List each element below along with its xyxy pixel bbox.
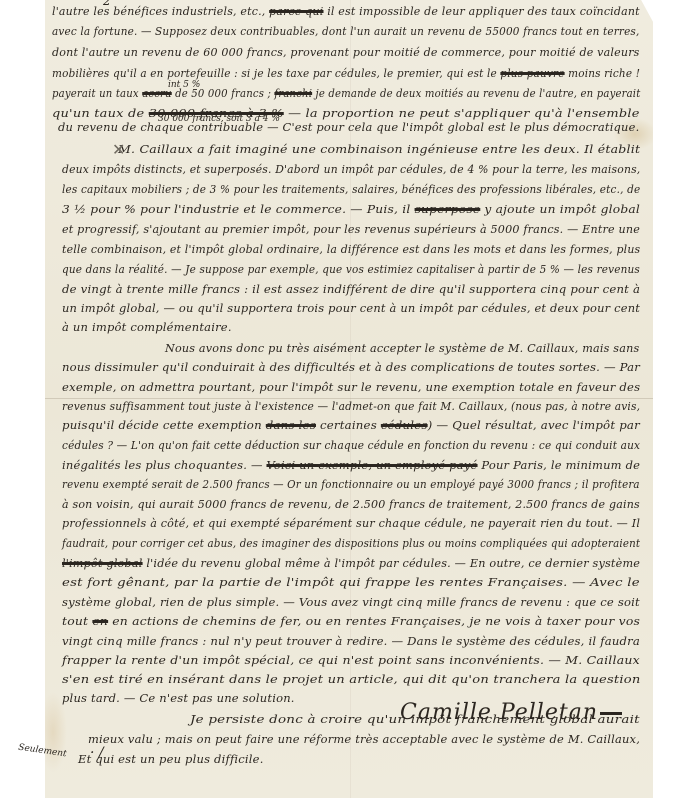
text-segment: à son voisin, qui aurait 5000 francs de …: [62, 497, 640, 511]
interlinear-insert: int 5 %: [168, 80, 200, 90]
text-line: cédules ? — L'on qu'on fait cette déduct…: [62, 438, 640, 452]
text-line: du revenu de chaque contribuable — C'est…: [58, 120, 639, 134]
text-line: puisqu'il décide cette exemption dans le…: [62, 418, 640, 432]
interlinear-insert: 30 000 francs, soit 3 à 4 %: [158, 114, 280, 124]
text-line: avec la fortune. — Supposez deux contrib…: [52, 24, 639, 38]
text-line: faudrait, pour corriger cet abus, des im…: [62, 536, 640, 550]
signature-text: Camille Pelletan: [400, 700, 598, 725]
text-segment: revenus suffisamment tout juste à l'exis…: [62, 399, 640, 413]
text-segment: moins riche !: [565, 66, 640, 80]
text-line: que dans la réalité. — Je suppose par ex…: [62, 262, 640, 276]
text-segment: de vingt à trente mille francs : il est …: [62, 282, 640, 296]
struck-text: plus pauvre: [500, 66, 564, 80]
text-segment: dont l'autre un revenu de 60 000 francs,…: [52, 45, 640, 59]
text-line: frapper la rente d'un impôt spécial, ce …: [62, 653, 640, 667]
text-segment: faudrait, pour corriger cet abus, des im…: [62, 536, 640, 550]
text-segment: les capitaux mobiliers ; de 3 % pour les…: [62, 182, 640, 196]
text-segment: nous dissimuler qu'il conduirait à des d…: [62, 360, 640, 374]
text-line: vingt cinq mille francs : nul n'y peut t…: [62, 634, 640, 648]
text-segment: M. Caillaux a fait imaginé une combinais…: [118, 142, 640, 156]
text-segment: un impôt global, — ou qu'il supportera t…: [62, 301, 640, 315]
struck-text: l'impôt global: [62, 556, 143, 570]
text-segment: l'autre les bénéfices industriels, etc.,: [52, 4, 269, 18]
text-segment: Nous avons donc pu très aisément accepte…: [165, 341, 639, 355]
text-segment: inégalités les plus choquantes. —: [62, 458, 266, 472]
struck-text: franchi: [274, 86, 312, 100]
text-segment: vingt cinq mille francs : nul n'y peut t…: [62, 634, 640, 648]
text-segment: exemple, on admettra pourtant, pour l'im…: [62, 380, 640, 394]
cross-mark-icon: ✕: [112, 140, 125, 159]
text-segment: frapper la rente d'un impôt spécial, ce …: [62, 653, 640, 667]
text-line: dont l'autre un revenu de 60 000 francs,…: [52, 45, 640, 59]
text-line: l'impôt global l'idée du revenu global m…: [62, 556, 640, 570]
text-line: est fort gênant, par la partie de l'impô…: [62, 575, 640, 589]
struck-text: en: [92, 614, 108, 628]
text-segment: mieux valu ; mais on peut faire une réfo…: [88, 732, 640, 746]
text-line: de vingt à trente mille francs : il est …: [62, 282, 640, 296]
text-segment: avec la fortune. — Supposez deux contrib…: [52, 24, 639, 38]
text-line: Et qui est un peu plus difficile.: [78, 752, 264, 766]
text-segment: Pour Paris, le minimum de: [478, 458, 641, 472]
text-line: système global, rien de plus simple. — V…: [62, 595, 640, 609]
struck-text: dans les: [266, 418, 316, 432]
text-segment: 3 ½ pour % pour l'industrie et le commer…: [62, 202, 415, 216]
struck-text: Voici un exemple, un employé payé: [266, 458, 477, 472]
text-segment: telle combinaison, et l'impôt global ord…: [62, 242, 640, 256]
text-segment: certaines: [316, 418, 381, 432]
text-line: mobilières qu'il a en portefeuille : si …: [52, 66, 640, 80]
text-segment: s'en est tiré en insérant dans le projet…: [62, 672, 641, 686]
text-line: les capitaux mobiliers ; de 3 % pour les…: [62, 182, 640, 196]
text-segment: à un impôt complémentaire.: [62, 320, 232, 334]
text-line: inégalités les plus choquantes. — Voici …: [62, 458, 640, 472]
text-segment: revenu exempté serait de 2.500 francs — …: [62, 477, 640, 491]
text-line: à un impôt complémentaire.: [62, 320, 232, 334]
text-segment: du revenu de chaque contribuable — C'est…: [58, 120, 639, 134]
text-line: plus tard. — Ce n'est pas une solution.: [62, 691, 295, 705]
text-line: à son voisin, qui aurait 5000 francs de …: [62, 497, 640, 511]
text-segment: qu'un taux de: [52, 106, 149, 120]
signature-flourish: [600, 712, 622, 715]
text-segment: professionnels à côté, et qui exempté sé…: [62, 516, 640, 530]
struck-text: superpose: [415, 202, 481, 216]
text-segment: tout: [62, 614, 92, 628]
struck-text: parce qui: [269, 4, 323, 18]
signature: Camille Pelletan: [400, 700, 622, 725]
text-line: nous dissimuler qu'il conduirait à des d…: [62, 360, 640, 374]
text-line: un impôt global, — ou qu'il supportera t…: [62, 301, 640, 315]
text-segment: il est impossible de leur appliquer des …: [324, 4, 640, 18]
text-line: qu'un taux de 30 000 francs à 3 % — la p…: [52, 106, 640, 120]
text-line: et progressif, s'ajoutant au premier imp…: [62, 222, 640, 236]
text-segment: est fort gênant, par la partie de l'impô…: [62, 575, 640, 589]
text-line: mieux valu ; mais on peut faire une réfo…: [88, 732, 640, 746]
text-segment: puisqu'il décide cette exemption: [62, 418, 266, 432]
text-segment: système global, rien de plus simple. — V…: [62, 595, 640, 609]
text-line: s'en est tiré en insérant dans le projet…: [62, 672, 641, 686]
text-segment: l'idée du revenu global même à l'impôt p…: [143, 556, 641, 570]
text-line: payerait un taux accru de 50 000 francs …: [52, 86, 640, 100]
text-segment: Et qui est un peu plus difficile.: [78, 752, 264, 766]
text-segment: deux impôts distincts, et superposés. D'…: [62, 162, 640, 176]
text-line: 3 ½ pour % pour l'industrie et le commer…: [62, 202, 640, 216]
text-line: M. Caillaux a fait imaginé une combinais…: [118, 142, 640, 156]
text-segment: mobilières qu'il a en portefeuille : si …: [52, 66, 500, 80]
text-line: deux impôts distincts, et superposés. D'…: [62, 162, 640, 176]
text-segment: y ajoute un impôt global: [480, 202, 640, 216]
text-line: professionnels à côté, et qui exempté sé…: [62, 516, 640, 530]
text-line: exemple, on admettra pourtant, pour l'im…: [62, 380, 640, 394]
text-segment: et progressif, s'ajoutant au premier imp…: [62, 222, 640, 236]
text-line: revenu exempté serait de 2.500 francs — …: [62, 477, 640, 491]
text-segment: en actions de chemins de fer, ou en rent…: [108, 614, 640, 628]
stray-mark: · /: [90, 745, 104, 761]
text-line: tout en en actions de chemins de fer, ou…: [62, 614, 640, 628]
text-segment: cédules ? — L'on qu'on fait cette déduct…: [62, 438, 640, 452]
text-line: telle combinaison, et l'impôt global ord…: [62, 242, 640, 256]
text-line: Nous avons donc pu très aisément accepte…: [165, 341, 639, 355]
text-segment: — la proportion ne peut s'appliquer qu'à…: [284, 106, 640, 120]
page-number-mark: 2: [103, 0, 111, 8]
text-segment: payerait un taux: [52, 86, 142, 100]
text-segment: ) — Quel résultat, avec l'impôt par: [428, 418, 640, 432]
text-segment: que dans la réalité. — Je suppose par ex…: [62, 262, 640, 276]
text-segment: plus tard. — Ce n'est pas une solution.: [62, 691, 295, 705]
text-line: revenus suffisamment tout juste à l'exis…: [62, 399, 640, 413]
struck-text: cédules: [381, 418, 428, 432]
text-line: l'autre les bénéfices industriels, etc.,…: [52, 4, 640, 18]
text-segment: je demande de deux moitiés au revenu de …: [312, 86, 640, 100]
